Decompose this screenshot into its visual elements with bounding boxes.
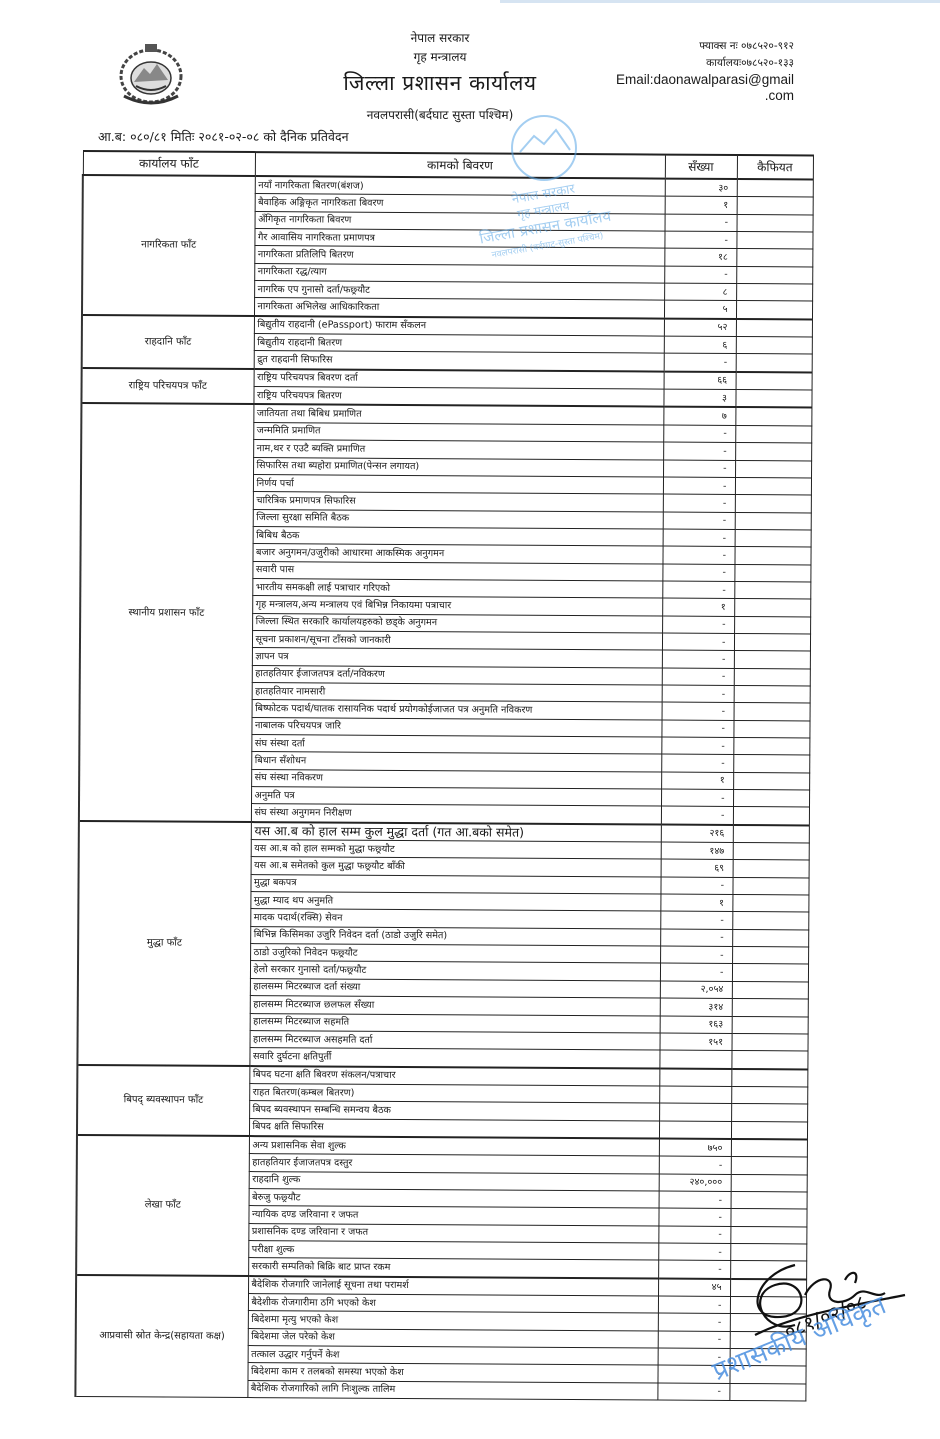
task-count: - bbox=[661, 789, 733, 807]
task-remarks bbox=[731, 1121, 807, 1139]
task-count: १४७ bbox=[661, 842, 733, 860]
task-count bbox=[659, 1086, 731, 1104]
task-remarks bbox=[736, 337, 812, 355]
task-remarks bbox=[732, 877, 808, 895]
task-remarks bbox=[735, 425, 811, 443]
task-count: - bbox=[662, 581, 734, 599]
task-remarks bbox=[733, 755, 809, 773]
task-count: - bbox=[660, 946, 732, 964]
col-header-remarks: कैफियत bbox=[737, 155, 813, 179]
table-row: मुद्धा फाँटयस आ.ब को हाल सम्म कुल मुद्धा… bbox=[79, 821, 809, 843]
daily-report-table: कार्यालय फाँट कामको बिवरण सँख्या कैफियत … bbox=[74, 150, 813, 1402]
table-row: स्थानीय प्रशासन फाँटजातियता तथा बिबिध प्… bbox=[81, 403, 811, 425]
task-count: - bbox=[663, 442, 735, 460]
task-remarks bbox=[733, 772, 809, 790]
ministry-name: गृह मन्त्रालय bbox=[300, 48, 580, 66]
task-count: २,०५४ bbox=[660, 981, 732, 999]
task-remarks bbox=[733, 737, 809, 755]
task-remarks bbox=[736, 266, 812, 284]
table-row: आप्रवासी स्रोत केन्द्र(सहायता कक्ष)बैदेश… bbox=[76, 1275, 806, 1297]
task-count: - bbox=[658, 1313, 730, 1331]
task-remarks bbox=[734, 651, 810, 669]
col-header-section: कार्यालय फाँट bbox=[83, 151, 255, 176]
task-count: - bbox=[659, 1191, 731, 1209]
task-description: बैदेशिक रोजगारिको लागि निःशुल्क तालिम bbox=[247, 1380, 657, 1400]
col-header-description: कामको बिवरण bbox=[255, 152, 665, 179]
task-count: - bbox=[664, 266, 736, 284]
task-remarks bbox=[731, 1069, 807, 1087]
task-remarks bbox=[735, 512, 811, 530]
task-count: ५२ bbox=[664, 318, 736, 336]
task-remarks bbox=[734, 685, 810, 703]
task-count: ७ bbox=[663, 407, 735, 425]
task-count: ३० bbox=[665, 179, 737, 197]
task-remarks bbox=[736, 284, 812, 302]
task-count: १८ bbox=[664, 248, 736, 266]
task-remarks bbox=[734, 616, 810, 634]
task-remarks bbox=[730, 1296, 806, 1314]
task-remarks bbox=[735, 390, 811, 408]
table-row: राष्ट्रिय परिचयपत्र फाँटराष्ट्रिय परिचयप… bbox=[82, 368, 812, 390]
task-count: - bbox=[663, 512, 735, 530]
task-remarks bbox=[737, 179, 813, 197]
task-remarks bbox=[737, 214, 813, 232]
col-header-count: सँख्या bbox=[665, 155, 737, 179]
office-name: जिल्ला प्रशासन कार्यालय bbox=[300, 66, 580, 100]
task-remarks bbox=[735, 407, 811, 425]
task-remarks bbox=[732, 1016, 808, 1034]
task-remarks bbox=[736, 249, 812, 267]
section-name: लेखा फाँट bbox=[76, 1135, 249, 1276]
task-count: २१६ bbox=[661, 824, 733, 842]
task-remarks bbox=[734, 564, 810, 582]
task-remarks bbox=[731, 1174, 807, 1192]
email-line-1: Email:daonawalparasi@gmail bbox=[606, 72, 794, 88]
task-remarks bbox=[731, 1086, 807, 1104]
task-count: - bbox=[662, 616, 734, 634]
table-row: लेखा फाँटअन्य प्रशासनिक सेवा शुल्क७५० bbox=[77, 1135, 807, 1157]
fax-number: फ्याक्स नः ०७८५२०-९१२ bbox=[606, 38, 794, 55]
contact-info: फ्याक्स नः ०७८५२०-९१२ कार्यालयः०७८५२०-१३… bbox=[606, 38, 794, 104]
task-remarks bbox=[732, 1033, 808, 1051]
table-row: बिपद् ब्यवस्थापन फाँटबिपद घटना क्षति बिव… bbox=[77, 1065, 807, 1087]
task-count: - bbox=[658, 1208, 730, 1226]
task-remarks bbox=[733, 825, 809, 843]
task-remarks bbox=[732, 964, 808, 982]
task-count: - bbox=[663, 494, 735, 512]
task-count: - bbox=[660, 911, 732, 929]
nepal-emblem-icon bbox=[112, 38, 190, 108]
task-count bbox=[659, 1103, 731, 1121]
task-count: - bbox=[663, 460, 735, 478]
task-count: २४०,००० bbox=[659, 1174, 731, 1192]
task-count: - bbox=[660, 929, 732, 947]
task-remarks bbox=[732, 999, 808, 1017]
task-count: १६३ bbox=[660, 1016, 732, 1034]
task-count: - bbox=[663, 529, 735, 547]
task-count: ६६ bbox=[664, 371, 736, 389]
task-count: १ bbox=[661, 772, 733, 790]
task-count: - bbox=[660, 877, 732, 895]
task-remarks bbox=[733, 807, 809, 825]
task-count: - bbox=[661, 737, 733, 755]
task-remarks bbox=[732, 895, 808, 913]
task-count: - bbox=[658, 1331, 730, 1349]
scan-edge bbox=[500, 0, 940, 3]
task-count: - bbox=[662, 650, 734, 668]
section-name: राहदानि फाँट bbox=[82, 315, 254, 369]
task-count: - bbox=[660, 964, 732, 982]
task-remarks bbox=[734, 547, 810, 565]
table-row: राहदानि फाँटबिद्युतीय राहदानी (ePassport… bbox=[82, 315, 812, 337]
task-remarks bbox=[736, 372, 812, 390]
table-body: नागरिकता फाँटनयाँ नागरिकता बितरण(बंशज)३०… bbox=[75, 175, 812, 1401]
task-remarks bbox=[731, 1157, 807, 1175]
task-remarks bbox=[735, 443, 811, 461]
task-count: ४५ bbox=[658, 1278, 730, 1296]
task-remarks bbox=[732, 981, 808, 999]
task-count: ६९ bbox=[661, 859, 733, 877]
task-count: ५ bbox=[664, 300, 736, 318]
task-remarks bbox=[736, 319, 812, 337]
task-count: ७५० bbox=[659, 1138, 731, 1156]
task-count: ६ bbox=[664, 336, 736, 354]
task-count bbox=[659, 1121, 731, 1139]
section-name: राष्ट्रिय परिचयपत्र फाँट bbox=[81, 368, 253, 405]
task-count bbox=[659, 1068, 731, 1086]
task-count: - bbox=[665, 214, 737, 232]
task-count: - bbox=[663, 425, 735, 443]
task-remarks bbox=[734, 703, 810, 721]
table-row: नागरिकता फाँटनयाँ नागरिकता बितरण(बंशज)३० bbox=[83, 175, 813, 197]
task-remarks bbox=[729, 1383, 805, 1401]
task-remarks bbox=[730, 1226, 806, 1244]
email-line-2: .com bbox=[606, 88, 794, 104]
task-count: - bbox=[664, 353, 736, 371]
task-remarks bbox=[736, 354, 812, 372]
letterhead: नेपाल सरकार गृह मन्त्रालय जिल्ला प्रशासन… bbox=[300, 28, 580, 126]
report-title: आ.ब: ०८०/८१ मितिः २०८१-०२-०८ को दैनिक प्… bbox=[98, 128, 349, 145]
section-name: बिपद् ब्यवस्थापन फाँट bbox=[77, 1065, 249, 1136]
task-remarks bbox=[731, 1139, 807, 1157]
task-count: - bbox=[661, 754, 733, 772]
section-name: स्थानीय प्रशासन फाँट bbox=[79, 403, 254, 821]
task-count: १ bbox=[665, 196, 737, 214]
task-remarks bbox=[735, 529, 811, 547]
task-count: - bbox=[663, 477, 735, 495]
task-count: - bbox=[662, 546, 734, 564]
task-count: ३ bbox=[663, 389, 735, 407]
task-remarks bbox=[734, 599, 810, 617]
task-count: - bbox=[662, 668, 734, 686]
task-count: - bbox=[662, 685, 734, 703]
task-count: - bbox=[661, 720, 733, 738]
task-count: - bbox=[658, 1243, 730, 1261]
task-count: ८ bbox=[664, 283, 736, 301]
task-remarks bbox=[730, 1261, 806, 1279]
task-remarks bbox=[730, 1209, 806, 1227]
section-name: मुद्धा फाँट bbox=[77, 821, 250, 1066]
task-count bbox=[659, 1050, 731, 1068]
task-remarks bbox=[730, 1243, 806, 1261]
district-name: नवलपरासी(बर्दघाट सुस्ता पश्चिम) bbox=[300, 104, 580, 126]
task-remarks bbox=[731, 1104, 807, 1122]
task-remarks bbox=[733, 720, 809, 738]
task-remarks bbox=[736, 232, 812, 250]
task-count: - bbox=[659, 1156, 731, 1174]
section-name: नागरिकता फाँट bbox=[82, 175, 255, 316]
task-count: - bbox=[664, 231, 736, 249]
section-name: आप्रवासी स्रोत केन्द्र(सहायता कक्ष) bbox=[75, 1275, 248, 1398]
task-remarks bbox=[733, 790, 809, 808]
task-remarks bbox=[733, 843, 809, 861]
task-remarks bbox=[732, 929, 808, 947]
government-name: नेपाल सरकार bbox=[300, 28, 580, 48]
office-phone: कार्यालयः०७८५२०-१३३ bbox=[606, 55, 794, 72]
task-remarks bbox=[736, 301, 812, 319]
task-count: - bbox=[662, 564, 734, 582]
task-remarks bbox=[735, 477, 811, 495]
task-count: - bbox=[658, 1296, 730, 1314]
task-remarks bbox=[732, 947, 808, 965]
task-remarks bbox=[731, 1051, 807, 1069]
task-count: १५१ bbox=[660, 1033, 732, 1051]
task-remarks bbox=[733, 860, 809, 878]
task-count: ३१४ bbox=[660, 998, 732, 1016]
task-count: १ bbox=[660, 894, 732, 912]
task-count: - bbox=[658, 1260, 730, 1278]
task-remarks bbox=[730, 1279, 806, 1297]
task-remarks bbox=[735, 495, 811, 513]
task-count: - bbox=[662, 633, 734, 651]
task-count: १ bbox=[662, 598, 734, 616]
task-remarks bbox=[734, 581, 810, 599]
task-remarks bbox=[734, 633, 810, 651]
task-remarks bbox=[737, 197, 813, 215]
task-remarks bbox=[735, 460, 811, 478]
task-count: - bbox=[662, 702, 734, 720]
task-count: - bbox=[661, 806, 733, 824]
task-remarks bbox=[731, 1191, 807, 1209]
task-remarks bbox=[732, 912, 808, 930]
task-count: - bbox=[658, 1226, 730, 1244]
task-remarks bbox=[734, 668, 810, 686]
